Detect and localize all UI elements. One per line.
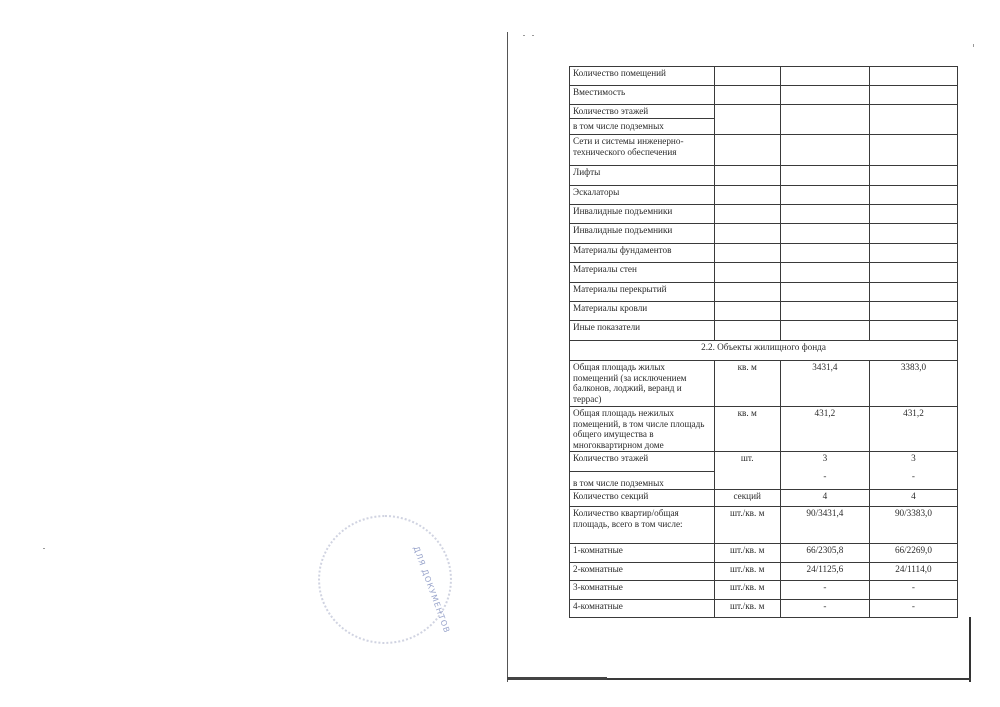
sub-value: - [784,471,866,482]
value-cell: - [780,581,869,600]
section-header-row: 2.2. Объекты жилищного фонда [570,341,958,361]
page-bottom-edge-shadow [507,677,607,680]
value-cell [780,86,869,105]
table-row: Материалы кровли [570,302,958,321]
building-parameters-table: Количество помещенийВместимостьКоличеств… [569,66,958,618]
unit-cell [714,205,780,224]
table-row: 1-комнатныешт./кв. м66/2305,866/2269,0 [570,544,958,563]
unit-cell: шт./кв. м [714,581,780,600]
value-cell: - [869,600,957,618]
value-cell [780,263,869,283]
value-cell [780,224,869,244]
value-cell [780,186,869,205]
row-label: Количество помещений [570,67,715,86]
value-cell: 431,2 [780,407,869,452]
value-cell: 4 [780,490,869,507]
row-label: 2-комнатные [570,563,715,581]
unit-cell [714,67,780,86]
value-cell [869,186,957,205]
row-label: Общая площадь жилых помещений (за исключ… [570,361,715,407]
value: 3 [784,453,866,464]
row-sublabel: в том числе подземных [573,119,711,132]
unit-cell: шт. [714,452,780,490]
value-cell [869,263,957,283]
value-cell [869,321,957,341]
row-label: Количество квартир/общая площадь, всего … [570,507,715,544]
table-row: Материалы стен [570,263,958,283]
value-cell: - [869,581,957,600]
unit-cell [714,321,780,341]
table-row: Количество этажейв том числе подземныхшт… [570,452,958,490]
table-row: Общая площадь нежилых помещений, в том ч… [570,407,958,452]
page-left-edge [507,32,508,682]
row-label: Количество этажей [570,105,714,119]
value-cell: 4 [869,490,957,507]
value-cell [869,205,957,224]
value-cell: 431,2 [869,407,957,452]
table-row: Материалы перекрытий [570,283,958,302]
section-title: 2.2. Объекты жилищного фонда [570,341,958,361]
value-cell [780,166,869,186]
row-label: 3-комнатные [570,581,715,600]
row-label: Инвалидные подъемники [570,224,715,244]
table-row: Количество секцийсекций44 [570,490,958,507]
value-cell: 3- [869,452,957,490]
unit-cell [714,186,780,205]
value: 3 [873,453,954,464]
unit-cell: шт./кв. м [714,507,780,544]
unit-cell [714,135,780,166]
unit-cell [714,105,780,135]
row-label: Вместимость [570,86,715,105]
value-cell [780,283,869,302]
table-row: Количество этажейв том числе подземных [570,105,958,135]
page-right-edge [969,617,971,682]
table-row: 2-комнатныешт./кв. м24/1125,624/1114,0 [570,563,958,581]
value-cell [869,283,957,302]
scan-speck [523,35,525,36]
table-row: Общая площадь жилых помещений (за исключ… [570,361,958,407]
table-row: Инвалидные подъемники [570,205,958,224]
sub-value: - [873,471,954,482]
row-label: Материалы перекрытий [570,283,715,302]
value-cell [780,244,869,263]
value-cell: 90/3383,0 [869,507,957,544]
value-cell [869,86,957,105]
table-row: Сети и системы инженерно-технического об… [570,135,958,166]
value-cell [869,224,957,244]
table-row: Инвалидные подъемники [570,224,958,244]
unit-cell [714,86,780,105]
row-label: Инвалидные подъемники [570,205,715,224]
row-sublabel: в том числе подземных [573,472,711,489]
value-cell [780,67,869,86]
value-cell: 24/1114,0 [869,563,957,581]
value-cell [869,166,957,186]
unit-cell [714,244,780,263]
table-row: 3-комнатныешт./кв. м-- [570,581,958,600]
table-row: Количество квартир/общая площадь, всего … [570,507,958,544]
table-row: Эскалаторы [570,186,958,205]
value-cell: 90/3431,4 [780,507,869,544]
value-cell [869,135,957,166]
value-cell [780,302,869,321]
row-label: Иные показатели [570,321,715,341]
unit-cell [714,263,780,283]
unit-cell: кв. м [714,407,780,452]
unit-cell [714,224,780,244]
value-cell: 3383,0 [869,361,957,407]
unit-cell: шт./кв. м [714,544,780,563]
scan-speck [532,35,534,36]
value-cell [869,105,957,135]
row-label: Лифты [570,166,715,186]
row-label: Общая площадь нежилых помещений, в том ч… [570,407,715,452]
value-cell: 66/2269,0 [869,544,957,563]
unit-cell: кв. м [714,361,780,407]
row-label: 1-комнатные [570,544,715,563]
row-label: Эскалаторы [570,186,715,205]
value-cell [869,244,957,263]
value-cell [780,135,869,166]
scan-speck [43,548,45,549]
row-label: 4-комнатные [570,600,715,618]
row-label: Количество секций [570,490,715,507]
value-cell [780,321,869,341]
row-label-cell: Количество этажейв том числе подземных [570,452,715,490]
row-label: Количество этажей [570,452,714,472]
row-label: Материалы фундаментов [570,244,715,263]
unit-cell [714,283,780,302]
table-row: 4-комнатныешт./кв. м-- [570,600,958,618]
unit-cell: шт./кв. м [714,600,780,618]
row-label: Материалы кровли [570,302,715,321]
unit-cell: секций [714,490,780,507]
value-cell: - [780,600,869,618]
unit-cell [714,302,780,321]
value-cell: 3- [780,452,869,490]
unit-cell [714,166,780,186]
table-row: Количество помещений [570,67,958,86]
value-cell [780,205,869,224]
scan-speck [973,44,974,47]
table-row: Материалы фундаментов [570,244,958,263]
value-cell: 3431,4 [780,361,869,407]
table-row: Иные показатели [570,321,958,341]
value-cell: 24/1125,6 [780,563,869,581]
value-cell [869,302,957,321]
row-label-cell: Количество этажейв том числе подземных [570,105,715,135]
table-row: Вместимость [570,86,958,105]
value-cell [780,105,869,135]
table-row: Лифты [570,166,958,186]
row-label: Сети и системы инженерно-технического об… [570,135,715,166]
value-cell [869,67,957,86]
unit-cell: шт./кв. м [714,563,780,581]
row-label: Материалы стен [570,263,715,283]
value-cell: 66/2305,8 [780,544,869,563]
